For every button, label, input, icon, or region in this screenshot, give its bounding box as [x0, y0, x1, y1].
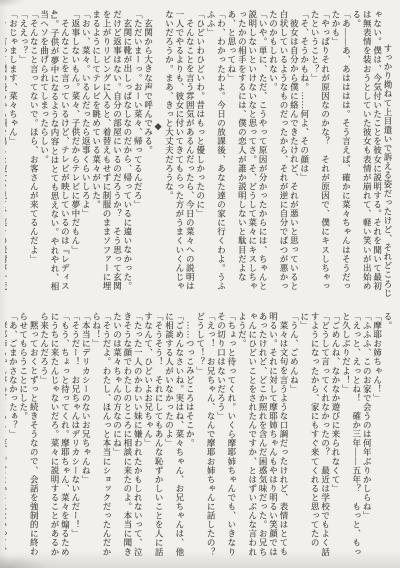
- upper-text-band: すっかり拗ねて上目遣いで訴える姿だったけど、それどころじゃない。僕は、今気付いた…: [5, 10, 393, 298]
- paragraph: 「たった一人のかわいい妹に嫌われたかもしれないって、泣きそうな顔でわたしのところ…: [112, 312, 143, 558]
- paragraph: 「うん、ごめんね」: [289, 312, 299, 558]
- paragraph: 彼女は自分から僕に絡んできたけれど、それが悪いと思っていると白状しているようなも…: [268, 10, 299, 298]
- paragraph: そんなことを言う雰囲気があるんだったら、今日の菜々への説明は一人でやるよりも、彼…: [164, 10, 195, 298]
- paragraph: 「えっ！ お兄ちゃん、なんで摩耶お姉ちゃんに話したの？ どうして！？」: [195, 312, 216, 558]
- paragraph: 「もう、ちょっと待ってくれ。摩耶ちゃん、菜々を煽るためにうちに来たんじゃないだろ…: [39, 312, 70, 558]
- paragraph: 「そんなこと言ってないで。ほら、お客さんが来てるんだよ」: [29, 10, 39, 298]
- paragraph: そう言って僕の後ろから顔を出した彼女を見て、菜々の表情が一変す: [5, 10, 8, 298]
- paragraph: 「どうして言ってくれなかったの？ 最近は学校でもよく話すようになったから、家にも…: [299, 312, 330, 558]
- paragraph: 玄関から大きな声で呼んでみる。: [143, 10, 153, 298]
- paragraph: 「ただいまーっ。おーい菜々、帰ってるんだろ」: [133, 10, 143, 298]
- paragraph: 「そうだよ。わたし、ほんっと本当にショックだったんだからね！」: [91, 312, 112, 558]
- paragraph: 「ちょっと待ってくれ。いくら摩耶姉ちゃんでも、いきなりその切り口はないだろう」: [216, 312, 237, 558]
- lower-text-band: る。「摩耶お姉ちゃん！」「ふふふ、このお家で会うのは何年ぶりかしらね」「えっと、…: [5, 312, 393, 558]
- paragraph: 「あ――あ、あはははは。そう言えば、確かに菜々ちゃんはそうだったかも」: [331, 10, 352, 298]
- paragraph: 黙っておくとずっと続きそうなので、会話を強制的に終わらせてもらうことにした。: [18, 312, 39, 558]
- paragraph: 「摩耶お姉ちゃん！」: [372, 312, 382, 558]
- paragraph: 「返事しないもん。菜々、子供だからテレビに夢中だもん」: [70, 10, 80, 298]
- paragraph: 「ふふふ、このお家で会うのは何年ぶりかしらね」: [362, 312, 372, 558]
- paragraph: 「ええっ？」: [18, 10, 28, 298]
- paragraph: ……つっこみどころはそこか。: [185, 312, 195, 558]
- paragraph: 「わ、わかったわよ。今日の放課後、あなた達の家に行くわよ。うふふふ」: [206, 10, 227, 298]
- paragraph: 「そ、そうかもね。……何よ、その顔は」: [299, 10, 309, 298]
- paragraph: そんなことを言っているけど、テレビが映しているのは『レディス4』。子供が夢中にな…: [39, 10, 70, 298]
- paragraph: 「えっと、えっとね！ 確か三年――五年？ もっと、もっと久しぶりだよ！」: [341, 312, 362, 558]
- paragraph: 「おい、菜々。いるんだったら返事くらいしろよ」: [81, 10, 91, 298]
- paragraph: 「ひどいわひどいわ。昔はもっと優しかったのに」: [195, 10, 205, 298]
- paragraph: 「おじゃまします、菜々ちゃん」: [8, 10, 18, 298]
- paragraph: 玄関に靴が出しっぱなしなのだから、帰っているに違いなかった。だけど返事はない。自…: [91, 10, 133, 298]
- paragraph: 「本当にデリカシーのないお兄ちゃんね」: [81, 312, 91, 558]
- paragraph: 「あ、ごまかさなかったぁ？」: [8, 312, 18, 558]
- paragraph: 「いや。単に、ただ、こうやって原因が分かったからには、ちゃんと説明しないといけな…: [227, 10, 269, 298]
- scanned-novel-page: すっかり拗ねて上目遣いで訴える姿だったけど、それどころじゃない。僕は、今気付いた…: [0, 0, 400, 568]
- paragraph: 菜々は文句を言うような口調だったけれど、表情はとても明るい。それに対して摩耶姉ち…: [237, 312, 289, 558]
- paragraph: 「やっぱりそれが原因なのかな？ それが原因で、僕にキスしちゃったということ？」: [310, 10, 331, 298]
- section-divider: ◆: [154, 10, 164, 298]
- paragraph: 摩耶姉ちゃんがわざとらしく笑う。ごまかされないって、わたしに言っているのだろう。: [5, 312, 8, 558]
- paragraph: 「ごめんなさいね。実はね、菜々ちゃん、お兄ちゃんは、他に相談する人がいなかったの…: [164, 312, 185, 558]
- paragraph: 「そうそう！ それにしてもあんな恥ずかしいことを人に話すなんて、ひどいよお兄ちゃ…: [143, 312, 164, 558]
- paragraph: 「ごめんね、なかなか遊びに来られなくて」: [331, 312, 341, 558]
- paragraph: すっかり拗ねて上目遣いで訴える姿だったけど、それどころじゃない。僕は、今気付いた…: [351, 10, 393, 298]
- paragraph: 「そうだー！ お兄ちゃんはデリカシーないんだー！」: [70, 312, 80, 558]
- paragraph: る。: [383, 312, 393, 558]
